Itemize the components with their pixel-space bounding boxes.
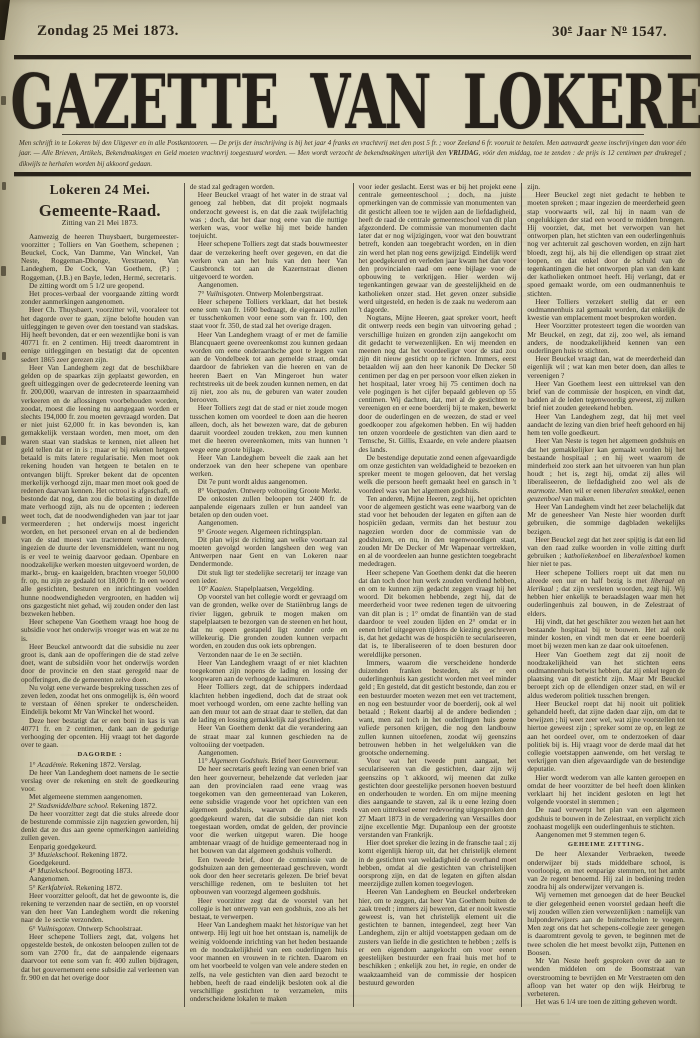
paragraph: Heer Van Landeghem vraagt of er met de f… <box>190 331 348 405</box>
newspaper-title: GAZETTE VAN LOKEREN. <box>11 60 690 145</box>
heavy-rule <box>14 172 691 176</box>
column-container: Lokeren 24 Mei. Gemeente-Raad. Zitting v… <box>16 183 690 1007</box>
paragraph: Heer Van Landeghem beveelt die zaak aan … <box>190 454 348 479</box>
issue-number: 30e Jaar No 1547. <box>552 23 667 41</box>
paragraph: Aangenomen met 9 stemmen tegen 6. <box>527 831 685 839</box>
paragraph: Heer Van Landeghem vindt het zeer belach… <box>527 503 685 536</box>
paragraph: Een tweede brief, door de commissie van … <box>190 856 348 897</box>
paragraph: Immers, waarom die verscheidene honderde… <box>359 659 517 757</box>
paragraph: De onkosten zullen beloopen tot 2400 fr.… <box>190 495 348 520</box>
paragraph: Heer Tolliers verzekert stellig dat er e… <box>527 298 685 323</box>
scan-edge-mark <box>2 182 6 190</box>
paragraph: Heer Beuckel antwoordt dat die subsidie … <box>21 643 179 684</box>
paragraph: Het was 6 1/4 ure toen de zitting geheve… <box>527 998 685 1006</box>
scan-edge-mark <box>1 266 6 276</box>
column-3-text: voor ieder geslacht. Eerst was er bij he… <box>359 183 517 987</box>
paragraph: Heer schepene Tolliers roept uit dat men… <box>527 569 685 618</box>
paragraph: Dit plan wijst de richting aan welke voo… <box>190 536 348 569</box>
paragraph: De heer Alexander Verbraeken, tweede ond… <box>527 850 685 891</box>
paragraph: Heer Van Landeghem zegt dat de beschikba… <box>21 364 179 618</box>
column-4: zijn.Heer Beuckel zegt niet gedacht te h… <box>521 183 690 1007</box>
paragraph: Heer Beuckel vraagt dan, wat de meerderh… <box>527 355 685 380</box>
paragraph: Hij vindt, dat het geschikter zou wezen … <box>527 618 685 651</box>
scan-edge-mark <box>1 96 6 105</box>
paragraph: Heer Van Landeghem maakt het historique … <box>190 921 348 1003</box>
paragraph: De bestendige deputatie zond eenen afgev… <box>359 454 517 495</box>
paragraph: Hier doet spreker die lezing in de frans… <box>359 839 517 888</box>
paragraph: Heer schepene Tolliers zegt, dat, volgen… <box>21 933 179 982</box>
scan-edge-mark <box>1 436 6 445</box>
column-1-text: Aanwezig de heeren Thuysbaert, burgemees… <box>21 233 179 982</box>
paragraph: De raad verwerpt het plan van een algeme… <box>527 806 685 831</box>
paragraph: Het proces-verbaal der voorgaande zittin… <box>21 290 179 306</box>
paragraph: Voor wat het tweede punt aangaat, het se… <box>359 757 517 839</box>
paragraph: Heer Voorzitter protesteert tegen die wo… <box>527 322 685 355</box>
paragraph: Heer voorzitter gelooft, dat het de gewo… <box>21 892 179 925</box>
masthead-info-row: Zondag 25 Mei 1873. 30e Jaar No 1547. <box>37 23 667 41</box>
paragraph: Ten anderen, Mijne Heeren, zegt hij, het… <box>359 495 517 569</box>
article-subtitle: Zitting van 21 Mei 1873. <box>21 219 179 227</box>
paragraph: Heer Tolliers zegt, dat de schippers ind… <box>190 683 348 724</box>
subscription-notice: Men schrijft in te Lokeren bij den Uitge… <box>19 139 686 170</box>
paragraph: De heer voorzitter zegt dat die stuks al… <box>21 810 179 843</box>
paragraph: Hier wordt wederom van alle kanten geroe… <box>527 774 685 807</box>
paragraph: Aanwezig de heeren Thuysbaert, burgemees… <box>21 233 179 282</box>
article-title: Gemeente-Raad. <box>21 207 179 215</box>
column-3: voor ieder geslacht. Eerst was er bij he… <box>353 183 522 1007</box>
issue-date: Zondag 25 Mei 1873. <box>37 23 179 41</box>
section-heading: GEHEIME ZITTING. <box>527 841 685 849</box>
paragraph: Heer Beuckel zegt dat het zeer spijtig i… <box>527 536 685 569</box>
paragraph: Heer Van Landeghem zegt, dat hij met vee… <box>527 413 685 438</box>
paragraph: Nu volgt eene verwarde bespreking tussch… <box>21 684 179 717</box>
paragraph: Heer Van Goethem leest een uittreksel va… <box>527 380 685 413</box>
paragraph: Heer Van Landeghem vraagt of er niet kla… <box>190 659 348 684</box>
paragraph: Heer Van Goethem zegt dat zij nooit de n… <box>527 651 685 700</box>
column-2: de stad zal gedragen worden.Heer Beuckel… <box>184 183 353 1007</box>
thin-rule <box>62 134 644 135</box>
section-heading: DAGORDE : <box>21 751 179 759</box>
paragraph: Heer Beuckel zegt niet gedacht te hebben… <box>527 191 685 298</box>
article-dateline: Lokeren 24 Mei. <box>21 186 179 194</box>
paragraph: Heer schepene Tolliers zegt dat stads bo… <box>190 240 348 281</box>
paragraph: Heeren Van Landeghem en Beuckel onderbre… <box>359 888 517 986</box>
column-1: Lokeren 24 Mei. Gemeente-Raad. Zitting v… <box>16 183 184 1007</box>
paragraph: voor ieder geslacht. Eerst was er bij he… <box>359 183 517 314</box>
newspaper-page: Zondag 25 Mei 1873. 30e Jaar No 1547. GA… <box>0 0 700 1038</box>
paragraph: Mr Van Neste heeft gesproken over de aan… <box>527 957 685 998</box>
column-4-text: zijn.Heer Beuckel zegt niet gedacht te h… <box>527 183 685 1007</box>
scan-edge-mark <box>2 516 6 524</box>
paragraph: Heer Van Goethem denkt dat die veranderi… <box>190 724 348 749</box>
paragraph: Heer schepene Van Goethem vraagt hoe hoo… <box>21 618 179 643</box>
paragraph: Heer Ch. Thuysbaert, voorzitter wil, voo… <box>21 306 179 363</box>
paragraph: Heer Beuckel vraagt of het water in de s… <box>190 191 348 240</box>
paragraph: Dit stuk ligt ter stedelijke secretarij … <box>190 569 348 585</box>
paragraph: De heer secretaris geeft lezing van eene… <box>190 765 348 855</box>
paragraph: Deze heer bestatigt dat er een boni in k… <box>21 717 179 750</box>
paragraph: Op voorstel van het collegie wordt er ge… <box>190 593 348 650</box>
paragraph: Nogtans, Mijne Heeren, gaat spreker voor… <box>359 314 517 453</box>
paragraph: Heer Beuckel roept dat hij nooit uit pol… <box>527 700 685 774</box>
paragraph: Heer Van Neste is tegen het algemeen god… <box>527 437 685 503</box>
paragraph: Wij vernemen met genoegen dat de heer Be… <box>527 891 685 957</box>
paragraph: Heer schepene Tolliers verklaart, dat he… <box>190 298 348 331</box>
scan-corner-artifact <box>0 0 10 40</box>
paragraph: Heer voorzitter zegt dat de voorstel van… <box>190 897 348 922</box>
paragraph: Heer schepene Van Goethem denkt dat die … <box>359 569 517 659</box>
column-2-text: de stad zal gedragen worden.Heer Beuckel… <box>190 183 348 1003</box>
paragraph: De heer Van Landeghem doet namens de 1e … <box>21 769 179 794</box>
scan-edge-mark <box>2 352 6 360</box>
paragraph: Heer Tolliers zegt dat de stad er niet z… <box>190 404 348 453</box>
